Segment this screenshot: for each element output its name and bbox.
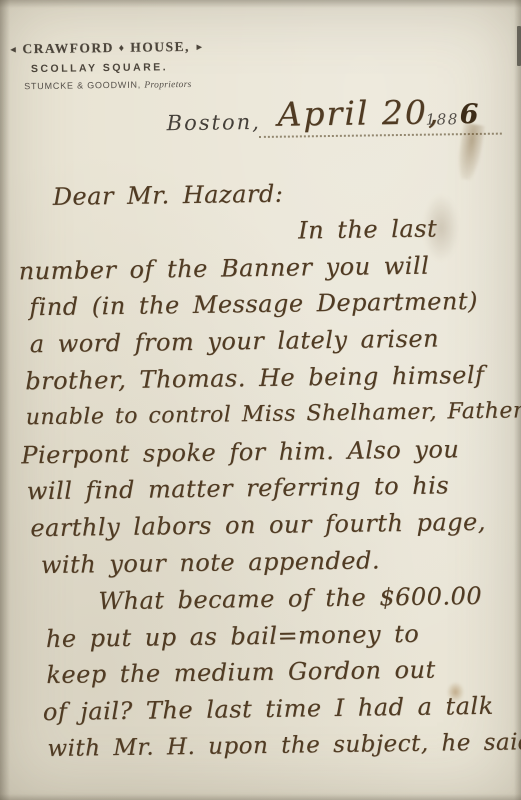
paper-edge-notch: [517, 26, 521, 66]
dateline: Boston, April 20, 188 6: [0, 0, 518, 174]
scan-shadow-right: [514, 0, 521, 800]
printed-city: Boston,: [167, 110, 261, 135]
printed-year: 188: [426, 110, 459, 128]
letter-body: Dear Mr. Hazard: In the last number of t…: [15, 173, 515, 769]
scan-shadow-top: [0, 0, 521, 8]
scan-shadow-left: [0, 0, 10, 800]
handwritten-date: April 20,: [277, 92, 440, 133]
handwritten-year-digit: 6: [459, 99, 478, 130]
salutation: Dear Mr. Hazard:: [52, 173, 507, 216]
letter-line: unable to control Miss Shelhamer, Father: [26, 393, 511, 437]
letter-content: ◄ CRAWFORD ♦ HOUSE, ► SCOLLAY SQUARE. ST…: [0, 0, 521, 800]
letter-line: In the last: [298, 209, 508, 249]
letter-line: with Mr. H. upon the subject, he said: [47, 724, 515, 767]
scan-shadow-bottom: [0, 794, 521, 800]
letter-line: earthly labors on our fourth page,: [30, 504, 512, 548]
letter-line: What became of the $600.00: [98, 577, 513, 620]
scanned-letter-page: ◄ CRAWFORD ♦ HOUSE, ► SCOLLAY SQUARE. ST…: [0, 0, 521, 800]
